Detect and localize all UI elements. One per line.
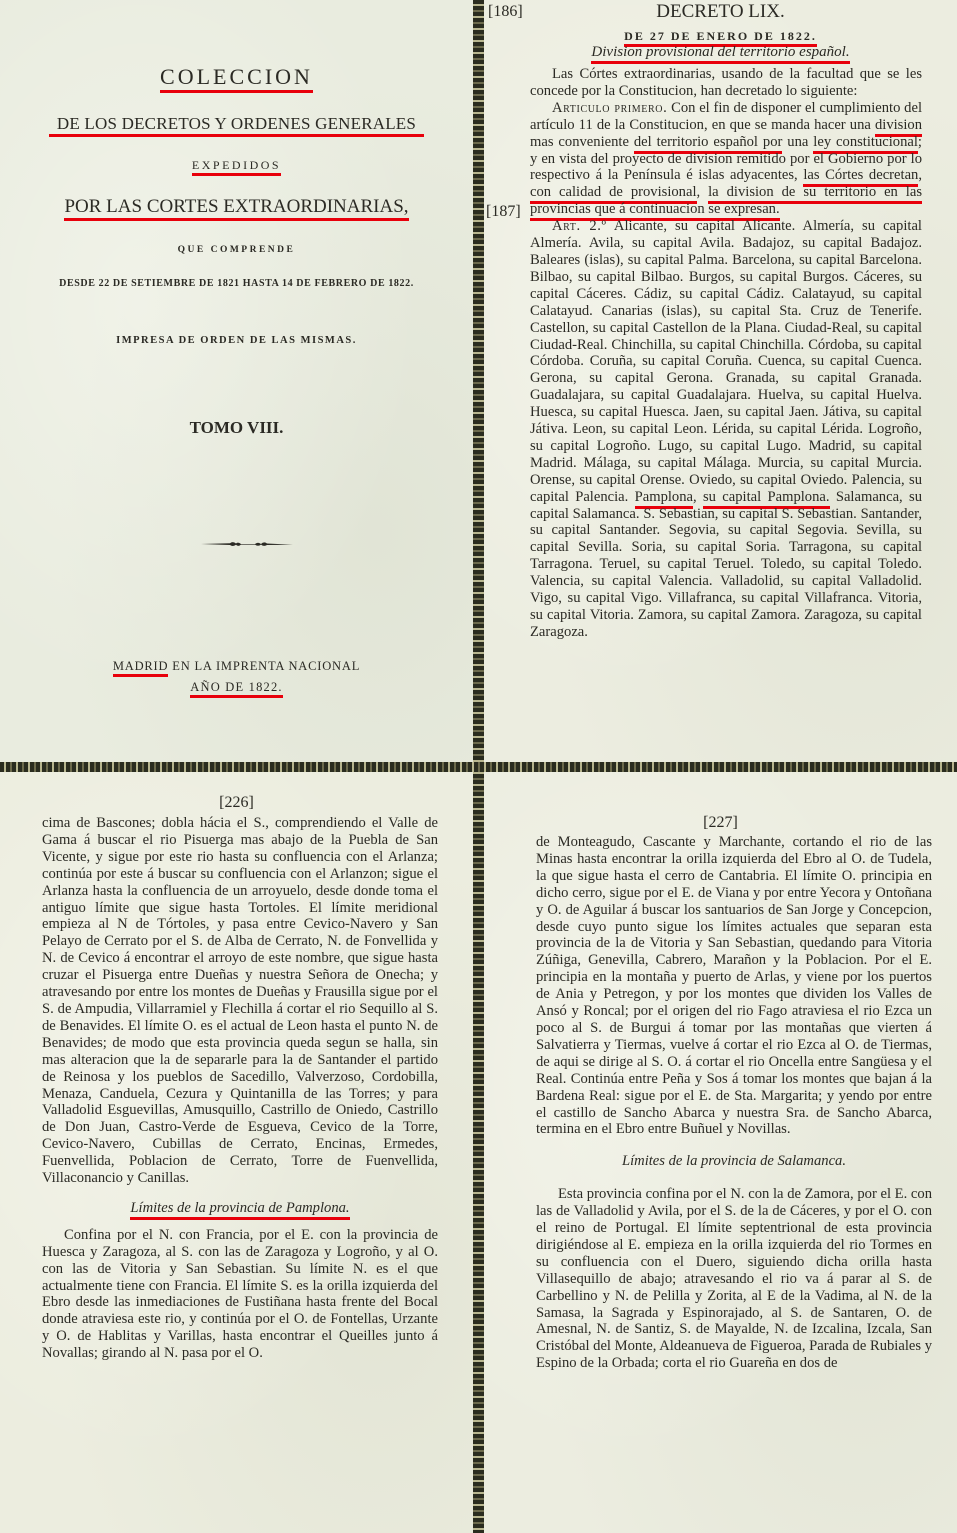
paragraph-palencia-limits: cima de Bascones; dobla hácia el S., com… — [42, 815, 438, 1187]
title-coleccion: COLECCION — [160, 64, 313, 93]
title-cortes: POR LAS CORTES EXTRAORDINARIAS, — [64, 196, 408, 221]
imprint-rest: EN LA IMPRENTA NACIONAL — [168, 659, 360, 673]
paragraph-pamplona-limits-cont: de Monteagudo, Cascante y Marchante, cor… — [536, 834, 932, 1138]
title-decretos: DE LOS DECRETOS Y ORDENES GENERALES — [49, 114, 424, 137]
page-227: [227] de Monteagudo, Cascante y Marchant… — [484, 772, 957, 1533]
title-que-comprende: QUE COMPRENDE — [0, 245, 473, 255]
title-page: COLECCION DE LOS DECRETOS Y ORDENES GENE… — [0, 0, 473, 762]
heading-pamplona: Límites de la provincia de Pamplona. — [130, 1200, 349, 1220]
ornamental-border-horizontal — [0, 762, 957, 772]
page-number: [226] — [0, 794, 473, 812]
title-expedidos: EXPEDIDOS — [192, 158, 281, 176]
ornament-divider-icon — [200, 540, 294, 548]
article-1: Articulo primero. Con el fin de disponer… — [530, 100, 922, 218]
heading-salamanca: Límites de la provincia de Salamanca. — [536, 1153, 932, 1170]
paragraph-salamanca-limits: Esta provincia confina por el N. con la … — [536, 1186, 932, 1372]
decree-page: [186] [187] DECRETO LIX. DE 27 DE ENERO … — [484, 0, 957, 762]
title-impresa: IMPRESA DE ORDEN DE LAS MISMAS. — [0, 335, 473, 346]
decree-body: Las Córtes extraordinarias, usando de la… — [530, 66, 922, 641]
decree-title: DECRETO LIX. — [484, 4, 957, 21]
page-number: [227] — [484, 814, 957, 832]
article-2: Art. 2.º Alicante, su capital Alicante. … — [530, 218, 922, 641]
side-page-number: [187] — [486, 203, 521, 221]
decree-preamble: Las Córtes extraordinarias, usando de la… — [530, 66, 922, 100]
volume-label: TOMO VIII. — [0, 418, 473, 438]
imprint-year: AÑO DE 1822. — [190, 680, 283, 698]
paragraph-pamplona-limits: Confina por el N. con Francia, por el E.… — [42, 1227, 438, 1362]
title-date-range: DESDE 22 DE SETIEMBRE DE 1821 HASTA 14 D… — [0, 278, 473, 289]
decree-subject: Division provisional del territorio espa… — [591, 44, 849, 64]
page-226: [226] cima de Bascones; dobla hácia el S… — [0, 772, 473, 1533]
imprint-city: MADRID — [113, 659, 169, 677]
